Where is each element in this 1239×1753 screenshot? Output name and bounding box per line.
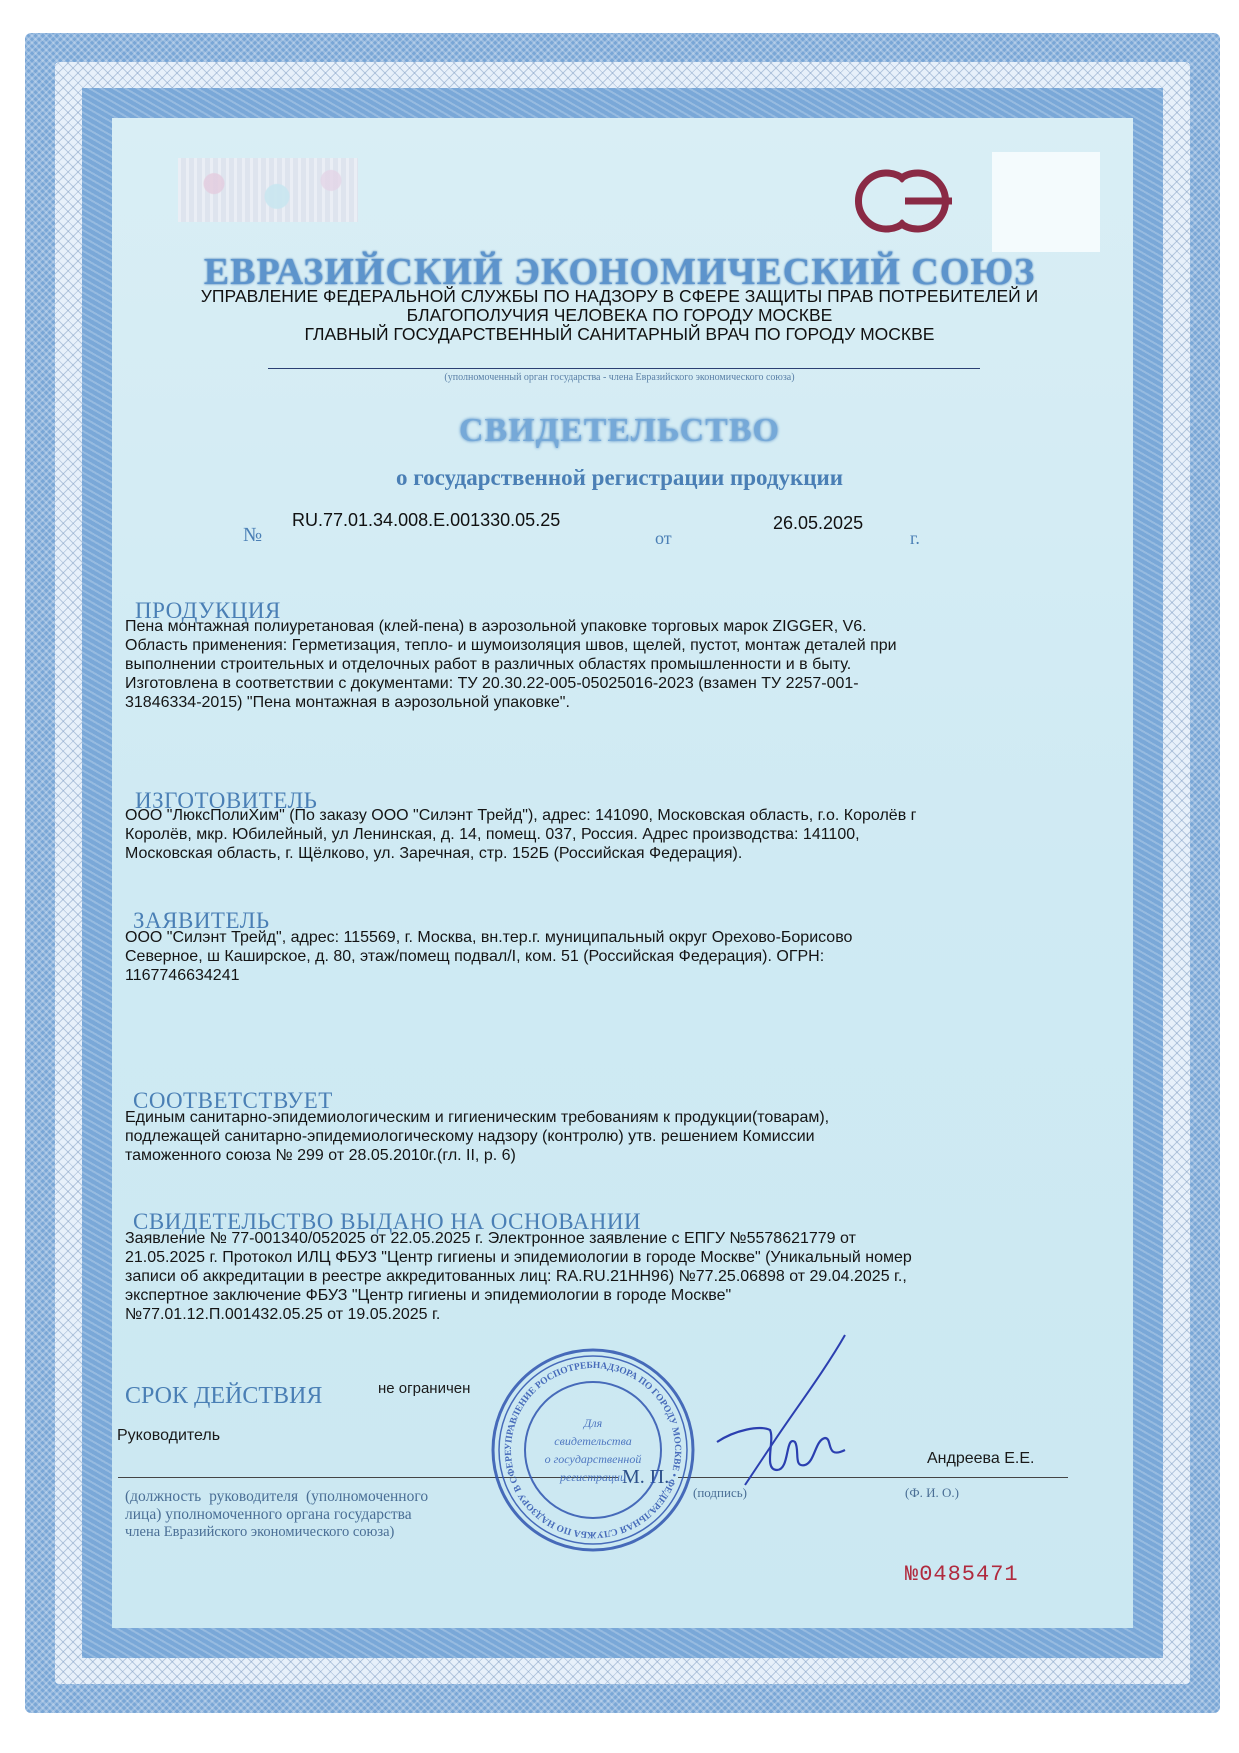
authority-line: УПРАВЛЕНИЕ ФЕДЕРАЛЬНОЙ СЛУЖБЫ ПО НАДЗОРУ… <box>0 287 1239 306</box>
position-caption-line: лица) уполномоченного органа государства <box>125 1506 412 1524</box>
text-line: экспертное заключение ФБУЗ "Центр гигиен… <box>125 1286 1055 1305</box>
fio-caption: (Ф. И. О.) <box>905 1485 959 1501</box>
eac-se-logo-icon <box>853 166 963 236</box>
hologram-icon <box>178 158 358 222</box>
position-caption-line: члена Евразийского экономического союза) <box>125 1524 394 1541</box>
official-seal-icon: УПРАВЛЕНИЕ РОСПОТРЕБНАДЗОРА ПО ГОРОДУ МО… <box>488 1345 698 1555</box>
certificate-subtitle: о государственной регистрации продукции <box>0 465 1239 491</box>
text-line: 1167746634241 <box>125 966 1055 985</box>
certificate-title: СВИДЕТЕЛЬСТВО <box>0 412 1239 450</box>
role-label: Руководитель <box>117 1427 220 1445</box>
certificate-date: 26.05.2025 <box>773 513 863 534</box>
text-line: Изготовлена в соответствии с документами… <box>125 674 1055 693</box>
basis-details: Заявление № 77-001340/052025 от 22.05.20… <box>125 1229 1055 1324</box>
applicant-details: ООО "Силэнт Трейд", адрес: 115569, г. Мо… <box>125 928 1055 985</box>
text-line: Область применения: Герметизация, тепло-… <box>125 636 1055 655</box>
number-label: № <box>243 524 262 547</box>
text-line: выполнении строительных и отделочных раб… <box>125 655 1055 674</box>
divider <box>268 368 980 369</box>
text-line: Заявление № 77-001340/052025 от 22.05.20… <box>125 1229 1055 1248</box>
text-line: №77.01.12.П.001432.05.25 от 19.05.2025 г… <box>125 1305 1055 1324</box>
date-label: от <box>655 528 672 549</box>
text-line: Королёв, мкр. Юбилейный, ул Ленинская, д… <box>125 825 1055 844</box>
text-line: Северное, ш Каширское, д. 80, этаж/помещ… <box>125 947 1055 966</box>
seal-text: свидетельства <box>554 1434 631 1448</box>
authority-line: ГЛАВНЫЙ ГОСУДАРСТВЕННЫЙ САНИТАРНЫЙ ВРАЧ … <box>0 325 1239 344</box>
text-line: таможенного союза № 299 от 28.05.2010г.(… <box>125 1146 1055 1165</box>
year-suffix: г. <box>910 528 920 549</box>
text-line: 21.05.2025 г. Протокол ИЛЦ ФБУЗ "Центр г… <box>125 1248 1055 1267</box>
validity-heading: СРОК ДЕЙСТВИЯ <box>125 1383 322 1410</box>
conformity-details: Единым санитарно-эпидемиологическим и ги… <box>125 1108 1055 1165</box>
text-line: 31846334-2015) "Пена монтажная в аэрозол… <box>125 693 1055 712</box>
name-line <box>888 1477 1068 1478</box>
text-line: Единым санитарно-эпидемиологическим и ги… <box>125 1108 1055 1127</box>
text-line: подлежащей санитарно-эпидемиологическому… <box>125 1127 1055 1146</box>
manufacturer-details: ООО "ЛюксПолиХим" (По заказу ООО "Силэнт… <box>125 806 1055 863</box>
position-caption-line: (должность руководителя (уполномоченного <box>125 1488 428 1506</box>
authority-line: БЛАГОПОЛУЧИЯ ЧЕЛОВЕКА ПО ГОРОДУ МОСКВЕ <box>0 306 1239 325</box>
authority-caption: (уполномоченный орган государства - член… <box>0 372 1239 383</box>
signer-name: Андреева Е.Е. <box>927 1450 1034 1468</box>
text-line: Московская область, г. Щёлково, ул. Заре… <box>125 844 1055 863</box>
product-description: Пена монтажная полиуретановая (клей-пена… <box>125 617 1055 712</box>
seal-text: Для <box>583 1416 603 1430</box>
serial-number: №0485471 <box>905 1562 1019 1587</box>
seal-text: регистрации <box>559 1470 626 1484</box>
validity-value: не ограничен <box>378 1380 470 1397</box>
handwritten-signature <box>715 1330 865 1490</box>
text-line: ООО "ЛюксПолиХим" (По заказу ООО "Силэнт… <box>125 806 1055 825</box>
text-line: записи об аккредитации в реестре аккреди… <box>125 1267 1055 1286</box>
text-line: Пена монтажная полиуретановая (клей-пена… <box>125 617 1055 636</box>
text-line: ООО "Силэнт Трейд", адрес: 115569, г. Мо… <box>125 928 1055 947</box>
seal-text: о государственной <box>545 1452 642 1466</box>
certificate-number: RU.77.01.34.008.E.001330.05.25 <box>292 510 560 531</box>
issuing-authority: УПРАВЛЕНИЕ ФЕДЕРАЛЬНОЙ СЛУЖБЫ ПО НАДЗОРУ… <box>0 287 1239 344</box>
blank-patch <box>992 152 1100 252</box>
